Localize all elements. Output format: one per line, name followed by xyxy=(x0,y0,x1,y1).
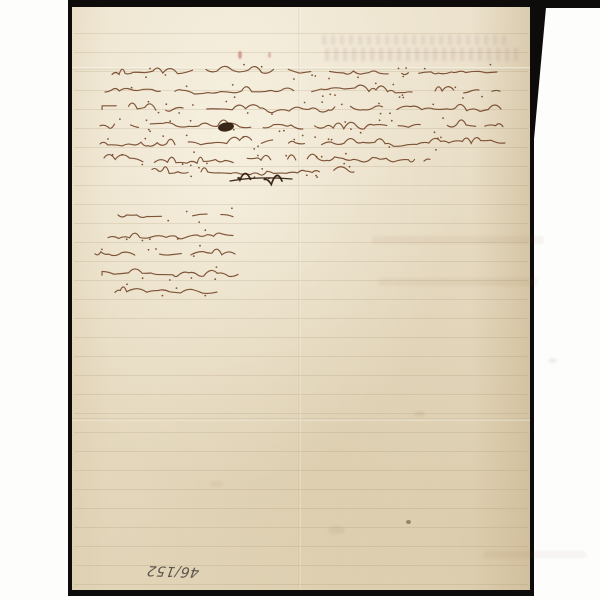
ink-bleed-through-stamp-line1 xyxy=(322,35,508,45)
letter-paper xyxy=(72,7,530,590)
red-ink-speck xyxy=(268,52,271,58)
dark-speck xyxy=(406,520,411,524)
foxing-stain xyxy=(548,358,557,363)
foxing-stain xyxy=(328,526,345,534)
ruled-lines xyxy=(74,15,528,585)
ink-bleed-through-stamp-line2 xyxy=(325,48,518,61)
black-backing-corner-wedge xyxy=(530,0,546,148)
archive-number-pencil: 46/152 xyxy=(141,557,205,585)
ink-transfer-smudge xyxy=(484,551,586,558)
foxing-stain xyxy=(210,481,223,487)
vertical-fold-crease xyxy=(298,7,301,590)
ink-transfer-smudge xyxy=(378,278,538,286)
ink-transfer-smudge xyxy=(372,236,544,244)
red-ink-speck xyxy=(238,51,242,59)
scanned-letter-photo: 46/152 xyxy=(0,0,600,600)
horizontal-fold-crease-bottom xyxy=(72,418,530,421)
foxing-stain xyxy=(414,411,425,417)
horizontal-fold-crease-top xyxy=(72,67,530,70)
